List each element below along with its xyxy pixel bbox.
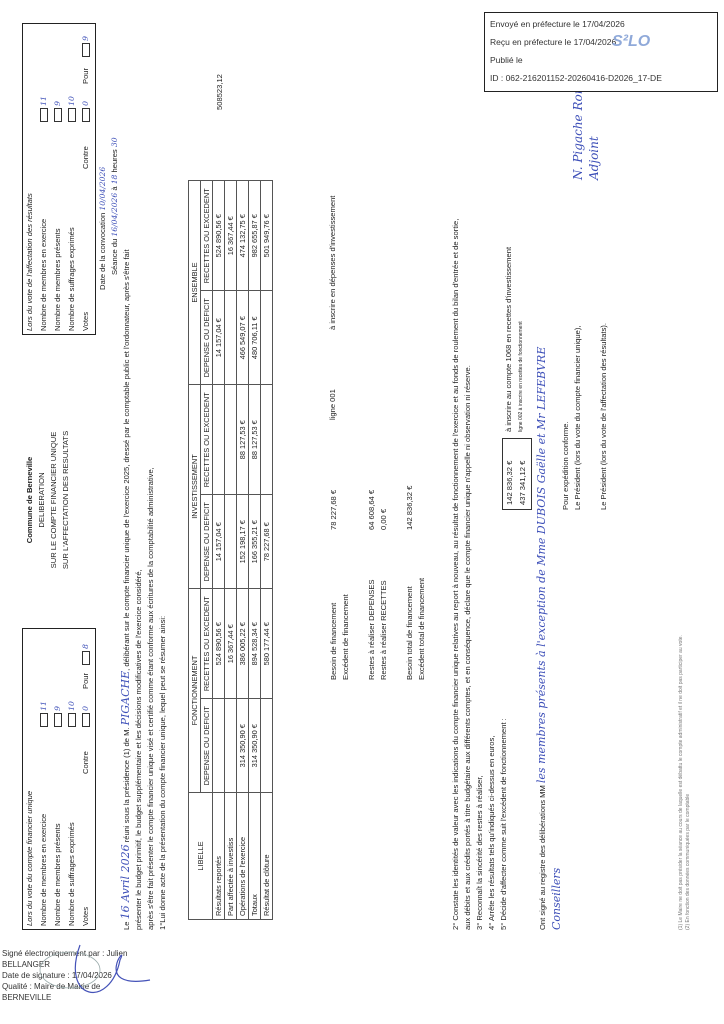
conseillers-hand: Conseillers bbox=[550, 868, 563, 930]
row-label: Totaux bbox=[249, 793, 261, 920]
pour-expedition: Pour expédition conforme. bbox=[560, 323, 572, 510]
vote-affect-box: Lors du vote de l'affectation des résult… bbox=[22, 23, 96, 335]
vote-value: 11 bbox=[39, 701, 48, 711]
row-label: Résultats reportés bbox=[213, 793, 225, 920]
pour-value: 9 bbox=[81, 36, 90, 41]
intro-text: , délibérant sur le compte financier uni… bbox=[122, 249, 131, 670]
excedent-label: Excédent de financement bbox=[340, 578, 352, 680]
affectation-box: 142 836,32 € 437 341,12 € bbox=[502, 438, 532, 510]
cell-value bbox=[261, 699, 273, 793]
group-ensemble: ENSEMBLE bbox=[189, 181, 201, 385]
col-libelle: LIBELLE bbox=[189, 793, 213, 920]
cell-value bbox=[225, 385, 237, 495]
cell-value bbox=[213, 699, 225, 793]
vote-row-label: Nombre de suffrages exprimés bbox=[67, 822, 76, 926]
cell-value: 166 355,21 € bbox=[249, 495, 261, 589]
contre-label: Contre bbox=[81, 751, 90, 774]
heure-value: 18 bbox=[110, 175, 119, 185]
side-note: 508523,12 bbox=[215, 74, 224, 110]
cell-value: 314 350,90 € bbox=[249, 699, 261, 793]
footnote-1: (1) Le Maire ne doit pas présider la séa… bbox=[678, 635, 684, 930]
rotated-document: Lors du vote du compte financier unique … bbox=[10, 0, 710, 1010]
rar-rec-value: 0,00 € bbox=[378, 486, 390, 530]
cell-value bbox=[225, 699, 237, 793]
besoin-total-label: Besoin total de financement bbox=[404, 578, 416, 680]
table-row: Opérations de l'exercice314 350,90 €386 … bbox=[237, 181, 249, 920]
cell-value: 16 367,44 € bbox=[225, 181, 237, 292]
cell-value: 894 528,34 € bbox=[249, 589, 261, 699]
intro-line: 1°Lui donne acte de la présentation du c… bbox=[157, 249, 169, 930]
signed-line: Ont signé au registre des délibérations … bbox=[535, 347, 548, 930]
cell-value: 580 177,44 € bbox=[261, 589, 273, 699]
contre-value: 0 bbox=[81, 101, 90, 106]
col-rec: RECETTES OU EXCEDENT bbox=[201, 385, 213, 495]
seance: Séance du 16/04/2026 à 18 heures 30 bbox=[110, 137, 119, 275]
besoin-label: Besoin de financement bbox=[328, 578, 340, 680]
row-label: Part affectée à investiss bbox=[225, 793, 237, 920]
vote-value: 10 bbox=[67, 701, 76, 711]
decision-2b: aux débits et aux crédits portés à titre… bbox=[462, 219, 474, 930]
decision-2: 2° Constate les identités de valeur avec… bbox=[450, 219, 462, 930]
deliberation-title: DELIBERATION bbox=[36, 420, 48, 580]
cell-value: 466 549,07 € bbox=[237, 291, 249, 385]
cell-value: 524 890,56 € bbox=[213, 589, 225, 699]
pour-label: Pour bbox=[81, 68, 90, 84]
aff1-value: 142 836,32 € bbox=[505, 461, 514, 505]
vote-row-label: Votes bbox=[81, 312, 90, 331]
row-label: Opérations de l'exercice bbox=[237, 793, 249, 920]
vote-value: 9 bbox=[53, 101, 62, 106]
decision-3: 3° Reconnaît la sincérité des restes à r… bbox=[474, 219, 486, 930]
heure-label: heures bbox=[110, 149, 119, 172]
besoin-value: 78 227,68 € bbox=[328, 486, 340, 530]
group-investissement: INVESTISSEMENT bbox=[189, 385, 201, 589]
president-block: Pour expédition conforme. Le Président (… bbox=[560, 323, 610, 510]
vote-value: 11 bbox=[39, 96, 48, 106]
footnote-2: (2) En fonction des données communiquées… bbox=[685, 794, 691, 930]
vote-cfu-title: Lors du vote du compte financier unique bbox=[25, 791, 34, 926]
intro-line: après s'être fait présenter le compte fi… bbox=[145, 249, 157, 930]
cell-value: 480 706,11 € bbox=[249, 291, 261, 385]
convocation-date: 10/04/2026 bbox=[98, 167, 107, 211]
excedent-total-label: Excédent total de financement bbox=[416, 578, 428, 680]
cell-value: 14 157,04 € bbox=[213, 495, 225, 589]
header-line: SUR L'AFFECTATION DES RESULTATS bbox=[60, 420, 72, 580]
col-dep: DEPENSE OU DEFICIT bbox=[201, 699, 213, 793]
cell-value: 14 157,04 € bbox=[213, 291, 225, 385]
a-inscrire-depenses: à inscrire en dépenses d'investissement bbox=[328, 196, 337, 330]
aff1-label: à inscrire au compte 1068 en recettes d'… bbox=[504, 247, 513, 432]
financement-values: 78 227,68 € 64 608,64 € 0,00 € 142 836,3… bbox=[328, 486, 416, 530]
meeting-date: 16 Avril 2026 bbox=[119, 844, 132, 919]
stamp-id: ID : 062-216201152-20260416-D2026_17-DE bbox=[490, 73, 662, 83]
besoin-total-value: 142 836,32 € bbox=[404, 486, 416, 530]
prefecture-stamp: Envoyé en préfecture le 17/04/2026 Reçu … bbox=[484, 12, 718, 92]
vote-row-label: Nombre de membres présents bbox=[53, 228, 62, 331]
aff2-label: ligne 002 à inscrire en recettes de fonc… bbox=[518, 321, 524, 432]
contre-value: 0 bbox=[81, 706, 90, 711]
commune-name: Commune de Berneville bbox=[24, 420, 36, 580]
header-line: SUR LE COMPTE FINANCIER UNIQUE bbox=[48, 420, 60, 580]
stamp-received: Reçu en préfecture le 17/04/2026 bbox=[490, 37, 616, 47]
vote-cfu-box: Lors du vote du compte financier unique … bbox=[22, 628, 96, 930]
cell-value bbox=[261, 291, 273, 385]
decisions: 2° Constate les identités de valeur avec… bbox=[450, 219, 510, 930]
header: Commune de Berneville DELIBERATION SUR L… bbox=[24, 420, 72, 580]
president-cfu: Le Président (lors du vote du compte fin… bbox=[572, 323, 584, 510]
financement-block: Besoin de financement Excédent de financ… bbox=[328, 578, 428, 680]
cell-value: 524 890,56 € bbox=[213, 181, 225, 292]
contre-label: Contre bbox=[81, 146, 90, 169]
vote-row-label: Nombre de membres présents bbox=[53, 823, 62, 926]
rar-dep-value: 64 608,64 € bbox=[366, 486, 378, 530]
cell-value: 88 127,53 € bbox=[237, 385, 249, 495]
convocation: Date de la convocation 10/04/2026 bbox=[98, 167, 107, 290]
table-row: Part affectée à investiss16 367,44 €16 3… bbox=[225, 181, 237, 920]
vote-row-label: Nombre de suffrages exprimés bbox=[67, 227, 76, 331]
rar-dep-label: Restes à réaliser DEPENSES bbox=[366, 578, 378, 680]
rar-rec-label: Restes à réaliser RECETTES bbox=[378, 578, 390, 680]
cell-value: 88 127,53 € bbox=[249, 385, 261, 495]
row-label: Résultat de clôture bbox=[261, 793, 273, 920]
vote-affect-title: Lors du vote de l'affectation des résult… bbox=[25, 193, 34, 331]
group-fonctionnement: FONCTIONNEMENT bbox=[189, 589, 201, 793]
table-row: Résultats reportés524 890,56 €14 157,04 … bbox=[213, 181, 225, 920]
seance-date: 16/04/2026 bbox=[110, 193, 119, 237]
cell-value: 78 227,68 € bbox=[261, 495, 273, 589]
minutes-value: 30 bbox=[110, 137, 119, 147]
vote-value: 9 bbox=[53, 706, 62, 711]
stamp-sent: Envoyé en préfecture le 17/04/2026 bbox=[490, 19, 625, 29]
president-affect: Le Président (lors du vote de l'affectat… bbox=[598, 323, 610, 510]
ligne-001: ligne 001 bbox=[328, 389, 337, 420]
table-row: Totaux314 350,90 €894 528,34 €166 355,21… bbox=[249, 181, 261, 920]
cell-value bbox=[225, 495, 237, 589]
signed-members-hand: les membres présents à l'exception de Mm… bbox=[535, 347, 548, 783]
cell-value: 501 949,76 € bbox=[261, 181, 273, 292]
pour-value: 8 bbox=[81, 644, 90, 649]
cell-value: 386 005,22 € bbox=[237, 589, 249, 699]
decision-4: 4° Arrête les résultats tels qu'indiqués… bbox=[486, 219, 498, 930]
vote-value: 10 bbox=[67, 96, 76, 106]
vote-row-label: Nombre de membres en exercice bbox=[39, 814, 48, 926]
col-dep: DEPENSE OU DEFICIT bbox=[201, 495, 213, 589]
stamp-published: Publié le bbox=[490, 55, 523, 65]
signed-text: Ont signé au registre des délibérations … bbox=[538, 785, 547, 930]
cell-value bbox=[261, 385, 273, 495]
intro-line: présenter le budget primitif, le budget … bbox=[133, 249, 145, 930]
cell-value: 152 198,17 € bbox=[237, 495, 249, 589]
president-name: PIGACHE bbox=[119, 671, 132, 726]
convocation-label: Date de la convocation bbox=[98, 213, 107, 290]
s2lo-logo-icon: S²LO bbox=[612, 33, 650, 51]
col-rec: RECETTES OU EXCEDENT bbox=[201, 181, 213, 292]
seance-label: Séance du bbox=[110, 239, 119, 275]
table-row: Résultat de clôture580 177,44 €78 227,68… bbox=[261, 181, 273, 920]
intro-le: Le bbox=[122, 922, 131, 930]
cell-value: 474 132,75 € bbox=[237, 181, 249, 292]
pour-label: Pour bbox=[81, 673, 90, 689]
col-dep: DEPENSE OU DEFICIT bbox=[201, 291, 213, 385]
intro-text: réuni sous la présidence (1) de M. bbox=[122, 727, 131, 842]
financial-table: LIBELLE FONCTIONNEMENT INVESTISSEMENT EN… bbox=[188, 180, 273, 920]
vote-row-label: Votes bbox=[81, 907, 90, 926]
cell-value: 982 655,87 € bbox=[249, 181, 261, 292]
heure-prefix: à bbox=[110, 186, 119, 190]
col-rec: RECETTES OU EXCEDENT bbox=[201, 589, 213, 699]
cell-value: 314 350,90 € bbox=[237, 699, 249, 793]
intro: Le 16 Avril 2026 réuni sous la présidenc… bbox=[120, 249, 169, 930]
vote-row-label: Nombre de membres en exercice bbox=[39, 219, 48, 331]
cell-value: 16 367,44 € bbox=[225, 589, 237, 699]
cell-value bbox=[213, 385, 225, 495]
cell-value bbox=[225, 291, 237, 385]
aff2-value: 437 341,12 € bbox=[518, 461, 527, 505]
